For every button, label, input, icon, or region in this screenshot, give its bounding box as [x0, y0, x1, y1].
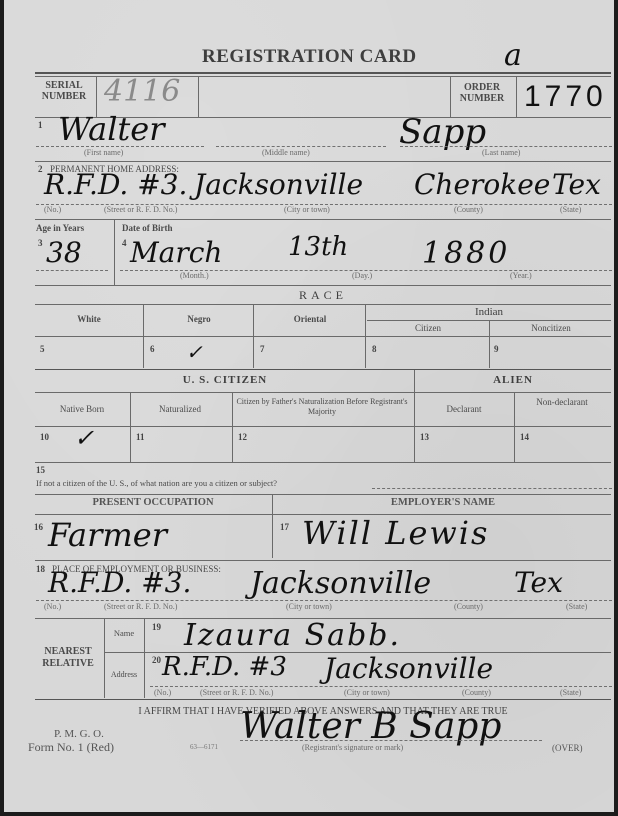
- relative-name-label: Name: [104, 628, 144, 638]
- divider: [35, 462, 611, 463]
- field-number-9: 9: [494, 344, 499, 354]
- employer-heading: EMPLOYER'S NAME: [274, 497, 612, 508]
- age-label: Age in Years: [36, 223, 84, 233]
- native-born-check: ✓: [74, 424, 94, 452]
- first-name-value: Walter: [58, 110, 165, 148]
- home-address-state: Tex: [552, 168, 601, 201]
- serial-number-label: SERIAL NUMBER: [34, 80, 94, 102]
- caption-day: (Day.): [352, 271, 372, 280]
- relative-name-value: Izaura Sabb.: [184, 618, 401, 653]
- print-code: 63—6171: [190, 743, 218, 751]
- divider: [198, 77, 199, 117]
- divider: [450, 77, 451, 117]
- divider: [516, 77, 517, 117]
- field-number-3: 3: [38, 238, 43, 248]
- nation-answer-line: [372, 488, 612, 489]
- relative-address-street: R.F.D. #3: [162, 652, 287, 682]
- birth-year-value: 1880: [422, 236, 510, 271]
- order-number-value: 1770: [524, 80, 607, 114]
- caption-county: (County): [454, 205, 483, 214]
- race-indian-noncitizen-label: Noncitizen: [491, 323, 611, 333]
- divider: [143, 304, 144, 368]
- field-number-1: 1: [38, 120, 43, 130]
- first-name-caption: (First name): [84, 148, 123, 157]
- signature-line: [240, 740, 542, 741]
- divider: [35, 336, 611, 337]
- field-number-15: 15: [36, 465, 45, 475]
- middle-name-line: [216, 146, 386, 147]
- employment-street-value: R.F.D. #3.: [48, 566, 191, 599]
- caption-city: (City or town): [344, 688, 390, 697]
- divider: [272, 494, 273, 558]
- race-negro-label: Negro: [145, 314, 253, 324]
- field-number-13: 13: [420, 432, 429, 442]
- naturalized-label: Naturalized: [131, 404, 229, 414]
- alien-heading: ALIEN: [415, 374, 611, 386]
- divider: [514, 392, 515, 462]
- field-number-20: 20: [152, 655, 161, 665]
- caption-county: (County): [454, 602, 483, 611]
- card-title: REGISTRATION CARD: [202, 46, 417, 68]
- caption-month: (Month.): [180, 271, 209, 280]
- corner-mark: a: [504, 38, 522, 73]
- relative-address-city: Jacksonville: [324, 652, 493, 685]
- divider: [253, 304, 254, 368]
- caption-city: (City or town): [284, 205, 330, 214]
- us-citizen-heading: U. S. CITIZEN: [35, 374, 415, 386]
- caption-state: (State): [566, 602, 587, 611]
- divider: [35, 560, 611, 561]
- divider: [365, 304, 366, 368]
- nearest-relative-label: NEAREST RELATIVE: [34, 646, 102, 670]
- caption-state: (State): [560, 205, 581, 214]
- signature-caption: (Registrant's signature or mark): [302, 743, 403, 752]
- over-label: (OVER): [552, 743, 583, 753]
- race-oriental-label: Oriental: [255, 314, 365, 324]
- employment-line: [36, 600, 612, 601]
- caption-no: (No.): [154, 688, 171, 697]
- divider: [489, 320, 490, 368]
- caption-no: (No.): [44, 205, 61, 214]
- field-number-5: 5: [40, 344, 45, 354]
- field-number-12: 12: [238, 432, 247, 442]
- race-white-label: White: [35, 314, 143, 324]
- home-address-city: Jacksonville: [194, 168, 363, 201]
- caption-street: (Street or R. F. D. No.): [200, 688, 273, 697]
- caption-no: (No.): [44, 602, 61, 611]
- order-number-label: ORDER NUMBER: [452, 82, 512, 104]
- last-name-caption: (Last name): [482, 148, 520, 157]
- birth-day-value: 13th: [288, 232, 348, 262]
- divider: [144, 618, 145, 698]
- divider: [130, 392, 131, 462]
- pmgo-label: P. M. G. O.: [54, 728, 104, 740]
- caption-county: (County): [462, 688, 491, 697]
- field-number-6: 6: [150, 344, 155, 354]
- race-heading: RACE: [35, 288, 611, 303]
- field-number-18: 18: [36, 564, 45, 574]
- serial-number-value: 4116: [104, 74, 180, 109]
- nation-question: If not a citizen of the U. S., of what n…: [36, 478, 277, 488]
- caption-year: (Year.): [510, 271, 532, 280]
- divider: [35, 426, 611, 427]
- field-number-2: 2: [38, 164, 43, 174]
- divider: [35, 392, 611, 393]
- race-indian-citizen-label: Citizen: [367, 323, 489, 333]
- caption-city: (City or town): [286, 602, 332, 611]
- middle-name-caption: (Middle name): [262, 148, 310, 157]
- field-number-17: 17: [280, 522, 289, 532]
- non-declarant-label: Non-declarant: [522, 397, 602, 408]
- divider: [114, 219, 115, 285]
- registration-card: REGISTRATION CARD a SERIAL NUMBER 4116 O…: [4, 0, 614, 812]
- divider: [35, 219, 611, 220]
- native-born-label: Native Born: [35, 404, 129, 414]
- field-number-19: 19: [152, 622, 161, 632]
- occupation-value: Farmer: [48, 516, 167, 554]
- date-of-birth-label: Date of Birth: [122, 223, 173, 233]
- home-address-county: Cherokee: [414, 168, 550, 201]
- divider: [414, 370, 415, 462]
- declarant-label: Declarant: [415, 404, 513, 414]
- occupation-heading: PRESENT OCCUPATION: [35, 497, 271, 508]
- caption-street: (Street or R. F. D. No.): [104, 602, 177, 611]
- caption-street: (Street or R. F. D. No.): [104, 205, 177, 214]
- relative-address-label: Address: [104, 670, 144, 679]
- relative-address-line: [150, 686, 612, 687]
- field-number-8: 8: [372, 344, 377, 354]
- divider: [35, 494, 611, 495]
- birth-month-value: March: [130, 236, 222, 269]
- divider: [35, 304, 611, 305]
- divider: [232, 392, 233, 462]
- field-number-14: 14: [520, 432, 529, 442]
- father-naturalization-label: Citizen by Father's Naturalization Befor…: [236, 397, 408, 417]
- age-line: [36, 270, 108, 271]
- divider: [35, 161, 611, 162]
- field-number-11: 11: [136, 432, 145, 442]
- divider: [35, 369, 611, 370]
- employment-city-value: Jacksonville: [250, 566, 431, 601]
- age-value: 38: [46, 236, 82, 269]
- last-name-line: [400, 146, 612, 147]
- home-address-street: R.F.D. #3.: [44, 168, 187, 201]
- race-negro-check: ✓: [186, 340, 203, 364]
- divider: [35, 699, 611, 700]
- race-indian-heading: Indian: [367, 306, 611, 318]
- form-number: Form No. 1 (Red): [28, 740, 114, 755]
- employment-state-value: Tex: [514, 566, 563, 599]
- divider: [35, 285, 611, 286]
- field-number-4: 4: [122, 238, 127, 248]
- field-number-10: 10: [40, 432, 49, 442]
- employer-value: Will Lewis: [302, 514, 489, 552]
- field-number-16: 16: [34, 522, 43, 532]
- first-name-line: [36, 146, 204, 147]
- caption-state: (State): [560, 688, 581, 697]
- field-number-7: 7: [260, 344, 265, 354]
